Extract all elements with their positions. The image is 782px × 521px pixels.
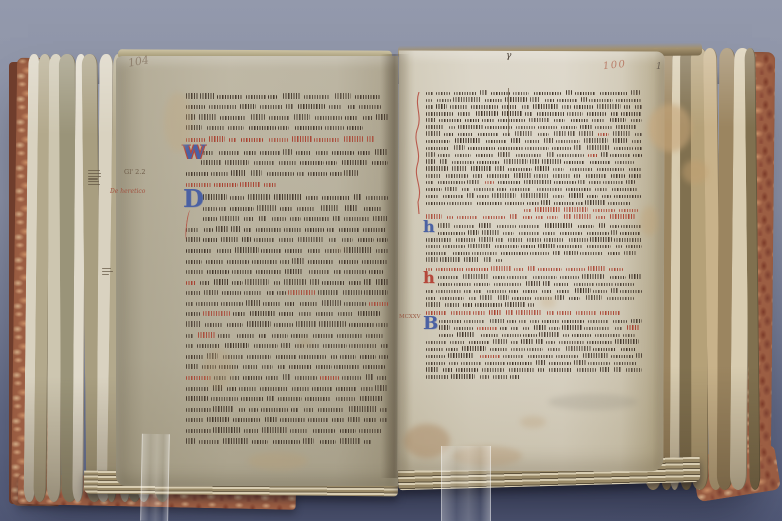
pseudo-word xyxy=(364,440,371,444)
pseudo-word xyxy=(439,119,462,122)
pseudo-word xyxy=(554,131,566,136)
pseudo-word xyxy=(574,145,583,150)
manuscript-text-line xyxy=(426,143,642,150)
pseudo-word xyxy=(590,237,612,242)
pseudo-word xyxy=(519,225,540,228)
pseudo-word xyxy=(615,283,633,286)
pseudo-word xyxy=(366,374,374,380)
pseudo-word xyxy=(186,334,193,338)
pseudo-word xyxy=(249,126,276,130)
manuscript-text-line xyxy=(426,116,642,123)
pseudo-word xyxy=(523,334,536,337)
pseudo-word xyxy=(620,232,641,235)
pseudo-word xyxy=(345,116,357,120)
pseudo-word xyxy=(344,170,358,176)
pseudo-word xyxy=(448,353,474,358)
pseudo-word xyxy=(363,228,386,232)
pseudo-word xyxy=(347,126,363,130)
pseudo-word xyxy=(380,408,387,412)
pseudo-word xyxy=(300,302,318,306)
pseudo-word xyxy=(511,341,518,344)
pseudo-word xyxy=(426,348,444,351)
pseudo-word xyxy=(290,429,308,433)
pseudo-word xyxy=(581,97,587,102)
column-divider-line xyxy=(508,88,509,134)
manuscript-text-line xyxy=(426,308,642,315)
pseudo-word xyxy=(552,147,571,150)
pseudo-word xyxy=(501,252,528,255)
pseudo-word xyxy=(610,154,630,157)
pseudo-word xyxy=(497,225,516,228)
pseudo-word xyxy=(595,188,607,191)
pseudo-word xyxy=(290,217,301,221)
pseudo-word xyxy=(438,283,452,286)
pseudo-word xyxy=(574,283,594,286)
pseudo-word xyxy=(308,172,327,176)
pseudo-word xyxy=(562,105,572,108)
pseudo-word xyxy=(440,159,447,164)
manuscript-text-line xyxy=(426,88,642,95)
pseudo-word xyxy=(363,365,386,369)
pseudo-word xyxy=(506,310,514,315)
pseudo-word xyxy=(596,283,613,286)
pseudo-word xyxy=(547,311,554,314)
pseudo-word xyxy=(458,133,474,136)
pseudo-word xyxy=(510,214,519,219)
pseudo-word xyxy=(381,344,388,348)
pseudo-word xyxy=(557,290,570,293)
pseudo-word xyxy=(348,105,356,109)
pseudo-word xyxy=(464,257,478,262)
manuscript-section xyxy=(186,88,388,130)
pseudo-word xyxy=(566,90,572,95)
manuscript-section xyxy=(186,131,388,142)
parchment-stain xyxy=(336,245,346,253)
pseudo-word xyxy=(285,269,304,275)
pseudo-word xyxy=(299,312,311,316)
scribble-line xyxy=(88,181,99,182)
pseudo-word xyxy=(261,408,288,412)
pseudo-word xyxy=(557,245,582,248)
pseudo-word xyxy=(339,228,358,232)
pseudo-word xyxy=(267,172,295,176)
pseudo-word xyxy=(593,290,606,293)
pseudo-word xyxy=(243,365,258,369)
pseudo-word xyxy=(468,244,491,249)
pseudo-word xyxy=(213,406,233,412)
parchment-stain xyxy=(520,416,546,428)
pseudo-word xyxy=(349,323,374,327)
pseudo-word xyxy=(283,374,290,380)
manuscript-text-line xyxy=(426,198,642,205)
pseudo-word xyxy=(610,276,626,279)
pseudo-word xyxy=(538,244,554,249)
pseudo-word xyxy=(450,105,468,108)
pseudo-word xyxy=(298,104,325,110)
pseudo-word xyxy=(318,290,338,296)
pseudo-word xyxy=(349,406,376,412)
pseudo-word xyxy=(588,362,610,365)
pseudo-word xyxy=(436,268,464,271)
pseudo-word xyxy=(342,376,360,380)
pseudo-word xyxy=(248,194,270,200)
tiny-marginal-scribble xyxy=(102,268,113,276)
pseudo-word xyxy=(487,174,510,177)
scribble-line xyxy=(88,173,101,174)
pseudo-word xyxy=(204,290,218,296)
pseudo-word xyxy=(454,145,466,150)
pseudo-word xyxy=(538,368,544,371)
pseudo-word xyxy=(549,368,572,371)
pseudo-word xyxy=(376,279,388,285)
pseudo-word xyxy=(624,251,637,256)
pseudo-word xyxy=(536,339,544,344)
pseudo-word xyxy=(500,327,507,330)
pseudo-word xyxy=(426,245,441,248)
pseudo-word xyxy=(521,339,533,344)
pseudo-word xyxy=(534,92,560,95)
pseudo-word xyxy=(475,303,502,306)
pseudo-word xyxy=(444,133,454,136)
pseudo-word xyxy=(426,166,448,171)
pseudo-word xyxy=(233,418,260,422)
pseudo-word xyxy=(240,104,256,110)
pseudo-word xyxy=(467,180,480,185)
manuscript-text-line xyxy=(186,120,388,131)
pseudo-word xyxy=(503,355,523,358)
pseudo-word xyxy=(631,119,642,122)
pseudo-word xyxy=(579,131,594,136)
pseudo-word xyxy=(589,181,601,184)
pseudo-word xyxy=(320,376,338,380)
pseudo-word xyxy=(507,320,516,323)
pseudo-word xyxy=(502,105,517,108)
pseudo-word xyxy=(186,281,196,285)
pseudo-word xyxy=(445,303,459,306)
pseudo-word xyxy=(494,283,521,286)
manuscript-section xyxy=(426,212,642,219)
pseudo-word xyxy=(615,161,634,164)
pseudo-word xyxy=(587,112,606,115)
manuscript-text-line xyxy=(186,253,388,264)
pseudo-word xyxy=(203,194,227,200)
pseudo-word xyxy=(522,105,529,108)
pseudo-word xyxy=(310,279,319,285)
pseudo-word xyxy=(621,225,641,228)
pseudo-word xyxy=(447,216,453,219)
pseudo-word xyxy=(524,180,552,185)
pseudo-word xyxy=(615,339,639,344)
manuscript-text-line xyxy=(186,165,388,176)
pseudo-word xyxy=(481,334,500,337)
manuscript-section: W xyxy=(186,144,388,176)
pseudo-word xyxy=(505,302,526,307)
pseudo-word xyxy=(349,281,361,285)
pseudo-word xyxy=(525,147,548,150)
pseudo-word xyxy=(186,172,209,176)
pseudo-word xyxy=(600,367,610,372)
pseudo-word xyxy=(326,161,337,165)
pseudo-word xyxy=(493,375,508,378)
pseudo-word xyxy=(200,93,214,99)
pseudo-word xyxy=(373,216,388,222)
margin-roman-numeral: MCXXV xyxy=(399,315,421,321)
pseudo-word xyxy=(278,126,290,130)
pseudo-word xyxy=(498,181,521,184)
pseudo-word xyxy=(295,126,323,130)
pseudo-word xyxy=(220,216,239,222)
pseudo-word xyxy=(364,279,372,285)
manuscript-text-line xyxy=(426,272,642,279)
pseudo-word xyxy=(426,147,449,150)
pseudo-word xyxy=(623,334,634,337)
pseudo-word xyxy=(426,252,447,255)
pseudo-word xyxy=(555,295,564,300)
manuscript-text-line xyxy=(426,300,642,307)
pseudo-word xyxy=(480,90,487,95)
manuscript-text-line xyxy=(186,221,388,232)
pseudo-word xyxy=(562,325,582,330)
pseudo-word xyxy=(375,385,388,391)
manuscript-text-line xyxy=(426,122,642,129)
pseudo-word xyxy=(510,375,520,378)
manuscript-section xyxy=(426,264,642,271)
pseudo-word xyxy=(243,376,262,380)
pseudo-word xyxy=(583,353,608,358)
pseudo-word xyxy=(485,99,503,102)
pseudo-word xyxy=(633,154,642,157)
pseudo-word xyxy=(539,332,559,337)
pseudo-word xyxy=(279,238,294,242)
pseudo-word xyxy=(477,161,498,164)
pseudo-word xyxy=(519,232,538,235)
pseudo-word xyxy=(348,417,360,423)
pseudo-word xyxy=(186,270,203,274)
pseudo-word xyxy=(613,131,631,136)
pseudo-word xyxy=(297,172,305,176)
pseudo-word xyxy=(304,95,331,99)
pseudo-word xyxy=(362,260,388,264)
pseudo-word xyxy=(611,288,618,293)
pseudo-word xyxy=(521,245,535,248)
pseudo-word xyxy=(316,151,328,155)
pseudo-word xyxy=(366,196,388,200)
pseudo-word xyxy=(214,279,230,285)
pseudo-word xyxy=(426,238,452,241)
pseudo-word xyxy=(586,174,608,177)
manuscript-text-line xyxy=(426,221,642,228)
manuscript-text-line xyxy=(426,164,642,171)
pseudo-word xyxy=(587,232,608,235)
pseudo-word xyxy=(616,99,640,102)
clear-restraint-strap-left xyxy=(140,434,170,521)
manuscript-text-line xyxy=(426,344,642,351)
pseudo-word xyxy=(574,360,586,365)
pseudo-word xyxy=(536,360,546,365)
pseudo-word xyxy=(454,283,471,286)
pseudo-word xyxy=(455,138,481,143)
pseudo-word xyxy=(339,260,358,264)
pseudo-word xyxy=(564,251,578,256)
pseudo-word xyxy=(323,344,347,348)
pseudo-word xyxy=(336,387,358,391)
pseudo-word xyxy=(445,187,458,192)
parchment-stain xyxy=(248,452,308,470)
pseudo-word xyxy=(329,105,342,109)
pseudo-word xyxy=(229,138,236,142)
pseudo-word xyxy=(614,362,637,365)
pseudo-word xyxy=(607,297,635,300)
pseudo-word xyxy=(511,348,525,351)
pseudo-word xyxy=(213,427,240,433)
pseudo-word xyxy=(313,334,333,338)
pseudo-word xyxy=(292,387,309,391)
pseudo-word xyxy=(203,207,217,211)
parchment-stain xyxy=(682,160,708,184)
pseudo-word xyxy=(498,147,524,150)
pseudo-word xyxy=(636,353,642,358)
pseudo-word xyxy=(516,154,542,157)
pseudo-word xyxy=(621,348,636,351)
pseudo-word xyxy=(220,116,245,120)
pseudo-word xyxy=(198,332,215,338)
pseudo-word xyxy=(461,362,483,365)
pseudo-word xyxy=(439,320,462,323)
pseudo-word xyxy=(289,365,312,369)
pseudo-word xyxy=(489,310,502,315)
pseudo-word xyxy=(471,166,492,171)
pseudo-word xyxy=(507,362,531,365)
corner-pencil-mark: 1 xyxy=(656,63,662,72)
pseudo-word xyxy=(322,281,345,285)
pseudo-word xyxy=(283,93,301,99)
pseudo-word xyxy=(426,112,453,115)
pseudo-word xyxy=(620,290,642,293)
pseudo-word xyxy=(216,226,227,232)
tiny-marginal-scribble xyxy=(88,170,101,187)
pseudo-word xyxy=(283,149,292,155)
pseudo-word xyxy=(318,408,344,412)
pseudo-word xyxy=(597,168,623,171)
pseudo-word xyxy=(542,159,561,164)
pseudo-word xyxy=(439,325,450,330)
pseudo-word xyxy=(610,214,635,219)
pseudo-word xyxy=(367,136,374,142)
pseudo-word xyxy=(530,252,549,255)
pseudo-word xyxy=(557,99,578,102)
pseudo-word xyxy=(508,168,532,171)
pseudo-word xyxy=(322,196,350,200)
pseudo-word xyxy=(426,159,435,164)
pseudo-word xyxy=(545,223,573,228)
pseudo-word xyxy=(553,168,564,171)
pseudo-word xyxy=(298,237,324,243)
pseudo-word xyxy=(513,92,529,95)
pseudo-word xyxy=(321,205,340,211)
pseudo-word xyxy=(235,247,259,253)
pseudo-word xyxy=(291,408,299,412)
pseudo-word xyxy=(227,323,243,327)
pseudo-word xyxy=(211,397,238,401)
pseudo-word xyxy=(453,97,480,102)
pseudo-word xyxy=(510,188,531,191)
parchment-stain xyxy=(540,296,556,308)
pseudo-word xyxy=(603,181,623,184)
pseudo-word xyxy=(593,348,616,351)
pseudo-word xyxy=(251,114,266,120)
manuscript-text-line xyxy=(186,391,388,402)
pseudo-word xyxy=(281,343,291,349)
pseudo-word xyxy=(299,355,326,359)
pseudo-word xyxy=(588,320,609,323)
manuscript-text-line xyxy=(426,129,642,136)
pseudo-word xyxy=(457,332,476,337)
pseudo-word xyxy=(631,319,642,324)
pseudo-word xyxy=(450,341,465,344)
pseudo-word xyxy=(508,238,523,241)
pseudo-word xyxy=(443,245,464,248)
pseudo-word xyxy=(611,112,618,115)
manuscript-text-line xyxy=(186,99,388,110)
pseudo-word xyxy=(635,133,642,136)
pseudo-word xyxy=(230,196,245,200)
pseudo-word xyxy=(567,112,583,115)
pseudo-word xyxy=(530,320,538,323)
pseudo-word xyxy=(426,105,433,108)
pseudo-word xyxy=(186,249,211,253)
pseudo-word xyxy=(304,217,329,221)
pseudo-word xyxy=(227,387,238,391)
pseudo-word xyxy=(569,193,584,198)
pseudo-word xyxy=(426,131,441,136)
pseudo-word xyxy=(296,321,315,327)
pseudo-word xyxy=(611,174,625,177)
pseudo-word xyxy=(246,95,266,99)
pseudo-word xyxy=(280,207,292,211)
pseudo-word xyxy=(473,311,485,314)
pseudo-word xyxy=(438,223,450,228)
pseudo-word xyxy=(274,194,302,200)
pseudo-word xyxy=(582,274,605,279)
pseudo-word xyxy=(632,140,642,143)
manuscript-text-line xyxy=(426,372,642,379)
pseudo-word xyxy=(614,147,633,150)
manuscript-text-line xyxy=(186,109,388,120)
pseudo-word xyxy=(273,440,300,444)
pseudo-word xyxy=(527,238,541,241)
pseudo-word xyxy=(462,346,486,351)
scribble-line xyxy=(88,176,101,177)
pseudo-word xyxy=(334,365,360,369)
pseudo-word xyxy=(478,133,498,136)
pseudo-word xyxy=(544,238,563,241)
parchment-stain xyxy=(648,104,692,152)
pseudo-word xyxy=(267,291,274,295)
pseudo-word xyxy=(344,217,370,221)
pseudo-word xyxy=(372,161,388,165)
pseudo-word xyxy=(211,172,228,176)
pseudo-word xyxy=(284,279,306,285)
pseudo-word xyxy=(340,438,359,444)
pseudo-word xyxy=(340,355,356,359)
pseudo-word xyxy=(610,225,619,228)
pseudo-word xyxy=(264,183,276,187)
pseudo-word xyxy=(554,119,565,122)
pseudo-word xyxy=(456,368,479,371)
right-page-text-block: hhB xyxy=(426,88,642,379)
pseudo-word xyxy=(207,417,229,423)
pseudo-word xyxy=(244,151,256,155)
